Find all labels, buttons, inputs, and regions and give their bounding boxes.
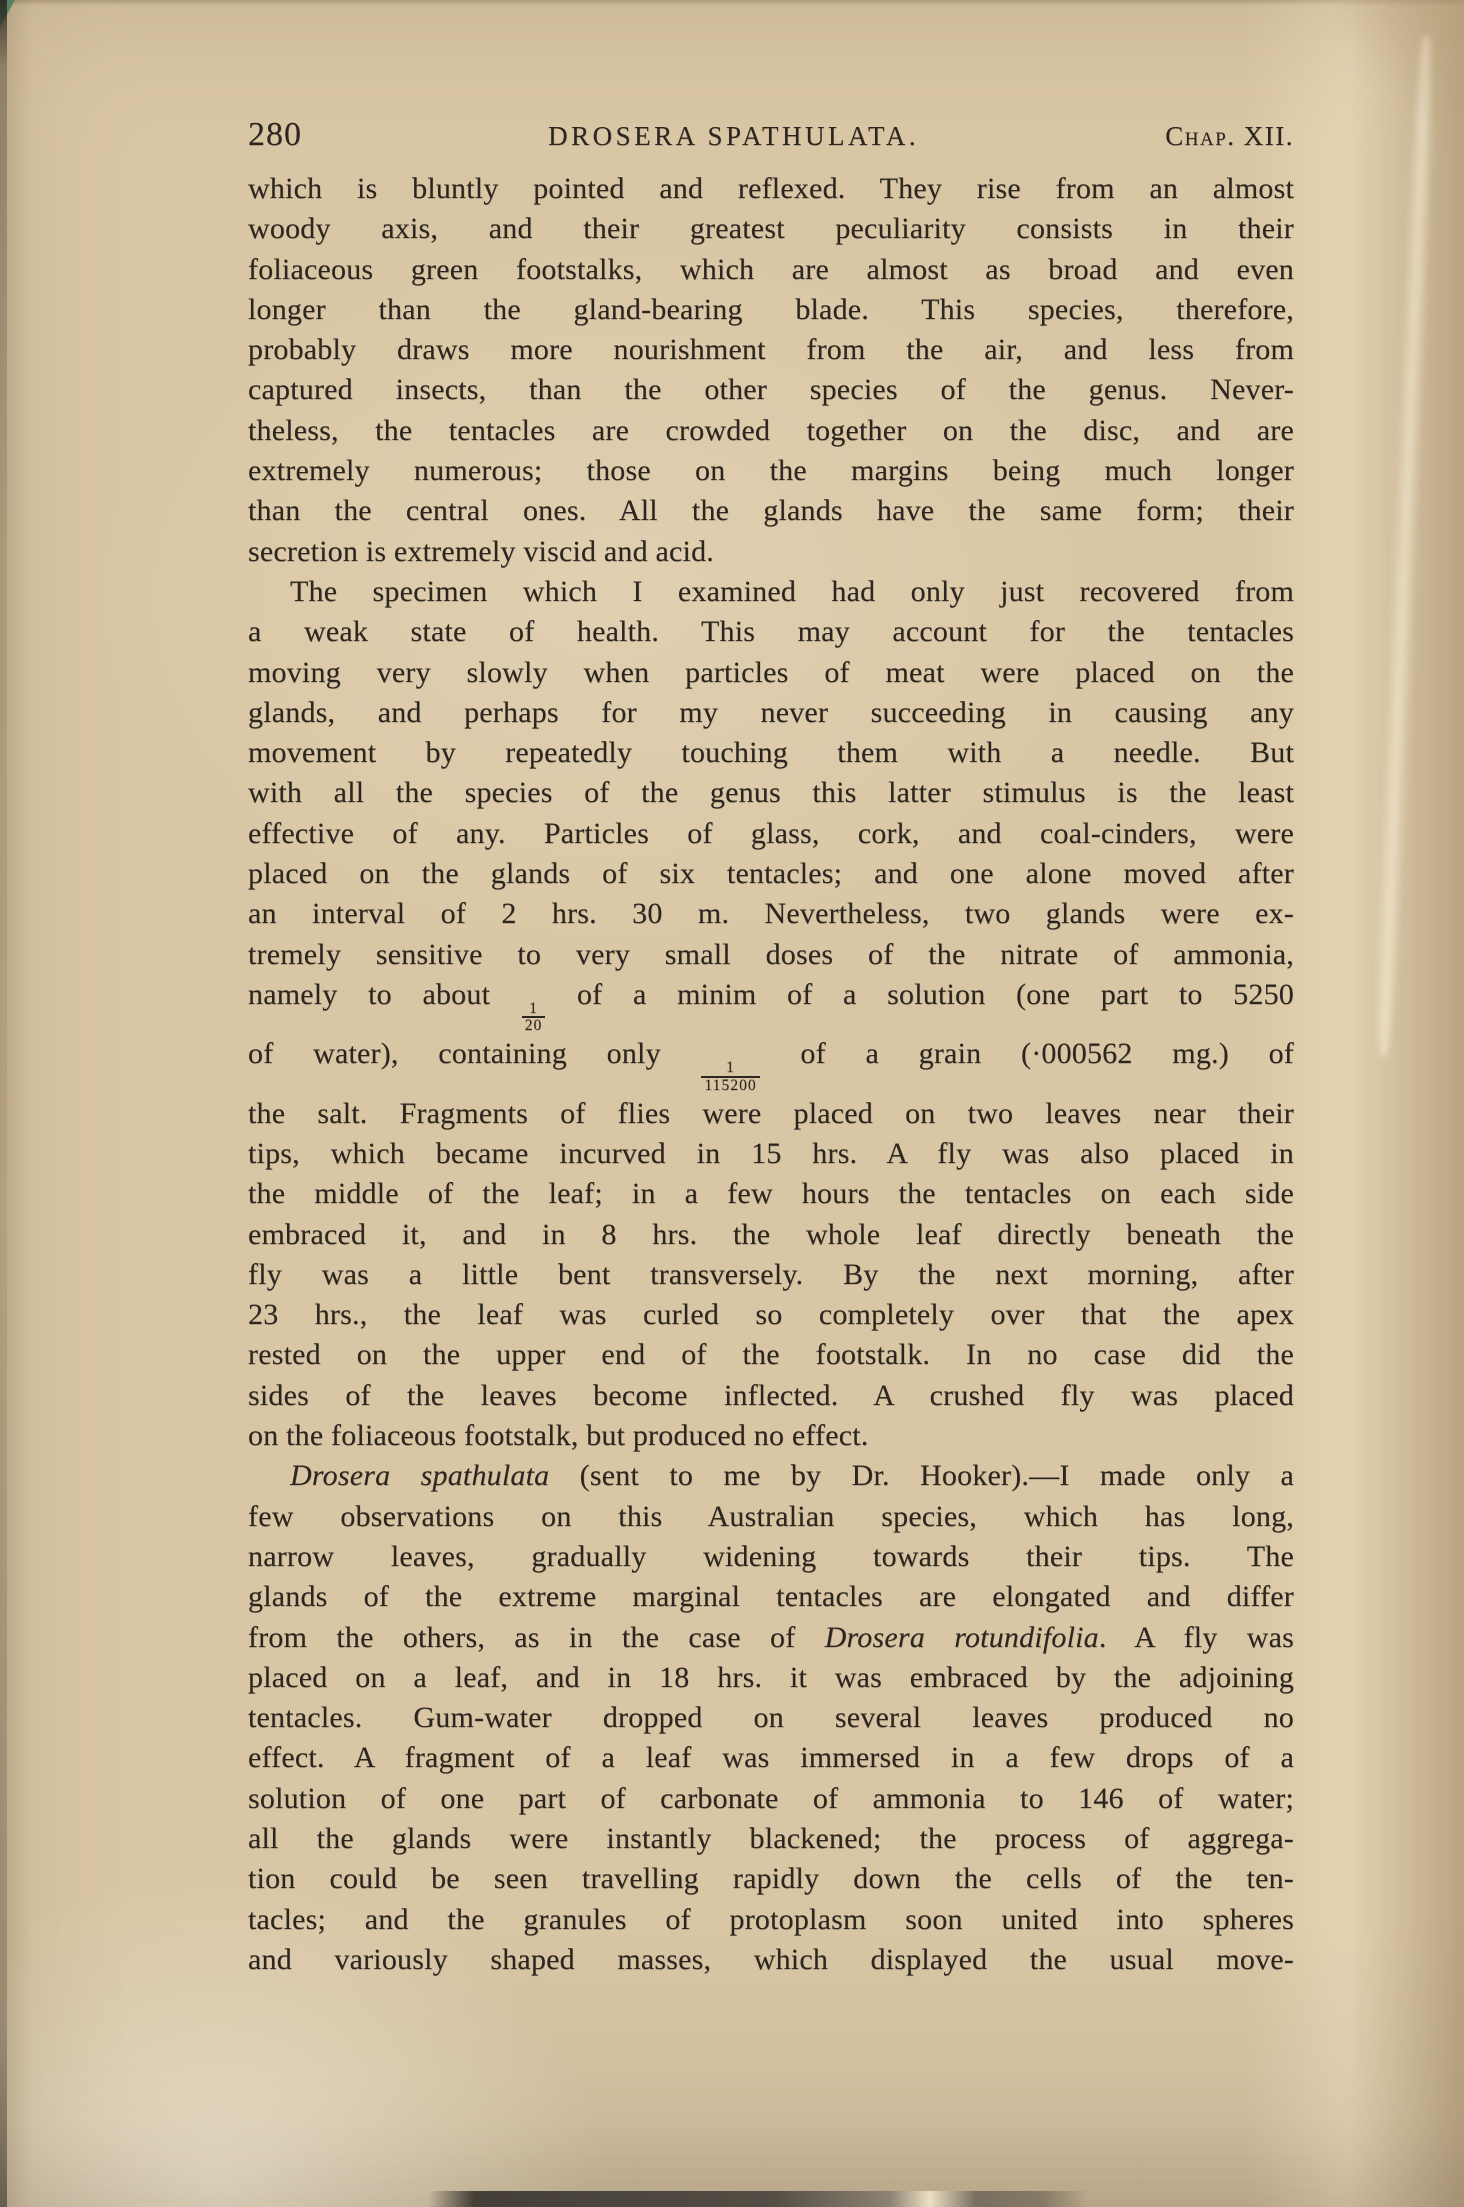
text-segment: tremely sensitive to very small doses of… bbox=[248, 938, 1294, 971]
text-segment: effective of any. Particles of glass, co… bbox=[248, 817, 1294, 850]
text-line: narrow leaves, gradually widening toward… bbox=[248, 1537, 1294, 1577]
text-segment: 23 hrs., the leaf was curled so complete… bbox=[248, 1298, 1294, 1331]
text-line: the salt. Fragments of flies were placed… bbox=[248, 1094, 1294, 1134]
text-line: few observations on this Australian spec… bbox=[248, 1497, 1294, 1537]
text-line: solution of one part of carbonate of amm… bbox=[248, 1779, 1294, 1819]
paragraph: which is bluntly pointed and reflexed. T… bbox=[248, 169, 1294, 572]
text-segment: tion could be seen travelling rapidly do… bbox=[248, 1862, 1294, 1895]
text-segment: movement by repeatedly touching them wit… bbox=[248, 736, 1294, 769]
text-line: and variously shaped masses, which displ… bbox=[248, 1940, 1294, 1980]
text-line: tion could be seen travelling rapidly do… bbox=[248, 1859, 1294, 1899]
top-right-fold-shading bbox=[1334, 0, 1464, 170]
text-line: namely to about 120 of a minim of a solu… bbox=[248, 975, 1294, 1034]
paragraph: The specimen which I examined had only j… bbox=[248, 572, 1294, 1456]
text-segment: and variously shaped masses, which displ… bbox=[248, 1943, 1294, 1976]
paragraph: Drosera spathulata (sent to me by Dr. Ho… bbox=[248, 1456, 1294, 1980]
text-segment: extremely numerous; those on the margins… bbox=[248, 454, 1294, 487]
text-line: theless, the tentacles are crowded toget… bbox=[248, 411, 1294, 451]
text-line: tentacles. Gum-water dropped on several … bbox=[248, 1698, 1294, 1738]
running-title: DROSERA SPATHULATA. bbox=[302, 121, 1165, 152]
text-line: Drosera spathulata (sent to me by Dr. Ho… bbox=[248, 1456, 1294, 1496]
text-line: probably draws more nourishment from the… bbox=[248, 330, 1294, 370]
text-line: all the glands were instantly blackened;… bbox=[248, 1819, 1294, 1859]
text-line: with all the species of the genus this l… bbox=[248, 773, 1294, 813]
text-segment: solution of one part of carbonate of amm… bbox=[248, 1782, 1294, 1815]
text-segment: a weak state of health. This may account… bbox=[248, 615, 1294, 648]
text-segment: few observations on this Australian spec… bbox=[248, 1500, 1294, 1533]
page-header: 280 DROSERA SPATHULATA. Chap. XII. bbox=[248, 116, 1294, 154]
text-line: rested on the upper end of the footstalk… bbox=[248, 1335, 1294, 1375]
text-line: effect. A fragment of a leaf was immerse… bbox=[248, 1738, 1294, 1778]
text-segment: effect. A fragment of a leaf was immerse… bbox=[248, 1741, 1294, 1774]
text-segment: (sent to me by Dr. Hooker).—I made only … bbox=[549, 1459, 1294, 1492]
text-segment: an interval of 2 hrs. 30 m. Nevertheless… bbox=[248, 897, 1294, 930]
text-line: The specimen which I examined had only j… bbox=[248, 572, 1294, 612]
text-line: which is bluntly pointed and reflexed. T… bbox=[248, 169, 1294, 209]
text-segment: narrow leaves, gradually widening toward… bbox=[248, 1540, 1294, 1573]
text-segment: sides of the leaves become inflected. A … bbox=[248, 1379, 1294, 1412]
text-line: than the central ones. All the glands ha… bbox=[248, 491, 1294, 531]
text-segment: of a grain (·000562 mg.) of bbox=[761, 1037, 1294, 1070]
text-segment: with all the species of the genus this l… bbox=[248, 776, 1294, 809]
text-segment: glands of the extreme marginal tentacles… bbox=[248, 1580, 1294, 1613]
text-segment: The specimen which I examined had only j… bbox=[290, 575, 1294, 608]
text-segment: placed on a leaf, and in 18 hrs. it was … bbox=[248, 1661, 1294, 1694]
text-line: moving very slowly when particles of mea… bbox=[248, 653, 1294, 693]
text-segment: placed on the glands of six tentacles; a… bbox=[248, 857, 1294, 890]
text-line: a weak state of health. This may account… bbox=[248, 612, 1294, 652]
text-line: captured insects, than the other species… bbox=[248, 370, 1294, 410]
text-segment: which is bluntly pointed and reflexed. T… bbox=[248, 172, 1294, 205]
text-segment: the middle of the leaf; in a few hours t… bbox=[248, 1177, 1294, 1210]
text-segment: rested on the upper end of the footstalk… bbox=[248, 1338, 1294, 1371]
text-line: longer than the gland-bearing blade. Thi… bbox=[248, 290, 1294, 330]
book-page: 280 DROSERA SPATHULATA. Chap. XII. which… bbox=[0, 0, 1464, 2207]
text-segment: embraced it, and in 8 hrs. the whole lea… bbox=[248, 1218, 1294, 1251]
text-line: tips, which became incurved in 15 hrs. A… bbox=[248, 1134, 1294, 1174]
text-segment: tentacles. Gum-water dropped on several … bbox=[248, 1701, 1294, 1734]
left-edge-shadow bbox=[0, 0, 7, 2207]
text-line: foliaceous green footstalks, which are a… bbox=[248, 250, 1294, 290]
text-line: sides of the leaves become inflected. A … bbox=[248, 1376, 1294, 1416]
chapter-label: Chap. XII. bbox=[1165, 121, 1294, 152]
text-line: glands of the extreme marginal tentacles… bbox=[248, 1577, 1294, 1617]
text-segment: tacles; and the granules of protoplasm s… bbox=[248, 1903, 1294, 1936]
italic-species-name: Drosera spathulata bbox=[290, 1459, 549, 1492]
text-line: movement by repeatedly touching them wit… bbox=[248, 733, 1294, 773]
text-segment: . A fly was bbox=[1099, 1621, 1294, 1654]
text-line: glands, and perhaps for my never succeed… bbox=[248, 693, 1294, 733]
page-crease-highlight bbox=[1371, 36, 1440, 1056]
text-segment: all the glands were instantly blackened;… bbox=[248, 1822, 1294, 1855]
page-body: which is bluntly pointed and reflexed. T… bbox=[248, 169, 1294, 1980]
text-line: of water), containing only 1115200 of a … bbox=[248, 1034, 1294, 1093]
text-line: placed on a leaf, and in 18 hrs. it was … bbox=[248, 1658, 1294, 1698]
text-line: extremely numerous; those on the margins… bbox=[248, 451, 1294, 491]
text-segment: on the foliaceous footstalk, but produce… bbox=[248, 1419, 869, 1452]
page-number: 280 bbox=[248, 116, 302, 154]
text-segment: from the others, as in the case of bbox=[248, 1621, 825, 1654]
bottom-edge-shadow bbox=[428, 2191, 1088, 2207]
text-line: tacles; and the granules of protoplasm s… bbox=[248, 1900, 1294, 1940]
text-line: from the others, as in the case of Drose… bbox=[248, 1618, 1294, 1658]
text-segment: captured insects, than the other species… bbox=[248, 373, 1294, 406]
text-line: woody axis, and their greatest peculiari… bbox=[248, 209, 1294, 249]
text-line: the middle of the leaf; in a few hours t… bbox=[248, 1174, 1294, 1214]
fraction: 1115200 bbox=[700, 1060, 760, 1094]
text-segment: glands, and perhaps for my never succeed… bbox=[248, 696, 1294, 729]
text-segment: the salt. Fragments of flies were placed… bbox=[248, 1097, 1294, 1130]
text-line: on the foliaceous footstalk, but produce… bbox=[248, 1416, 1294, 1456]
text-segment: of a minim of a solution (one part to 52… bbox=[546, 978, 1294, 1011]
text-line: embraced it, and in 8 hrs. the whole lea… bbox=[248, 1215, 1294, 1255]
text-segment: moving very slowly when particles of mea… bbox=[248, 656, 1294, 689]
text-segment: fly was a little bent transversely. By t… bbox=[248, 1258, 1294, 1291]
italic-species-name: Drosera rotundifolia bbox=[825, 1621, 1099, 1654]
text-segment: theless, the tentacles are crowded toget… bbox=[248, 414, 1294, 447]
text-segment: of water), containing only bbox=[248, 1037, 700, 1070]
text-segment: longer than the gland-bearing blade. Thi… bbox=[248, 293, 1294, 326]
text-segment: foliaceous green footstalks, which are a… bbox=[248, 253, 1294, 286]
text-segment: tips, which became incurved in 15 hrs. A… bbox=[248, 1137, 1294, 1170]
text-segment: secretion is extremely viscid and acid. bbox=[248, 535, 714, 568]
text-segment: than the central ones. All the glands ha… bbox=[248, 494, 1294, 527]
text-segment: woody axis, and their greatest peculiari… bbox=[248, 212, 1294, 245]
fraction: 120 bbox=[521, 1001, 547, 1035]
text-line: tremely sensitive to very small doses of… bbox=[248, 935, 1294, 975]
text-line: an interval of 2 hrs. 30 m. Nevertheless… bbox=[248, 894, 1294, 934]
text-segment: probably draws more nourishment from the… bbox=[248, 333, 1294, 366]
text-line: 23 hrs., the leaf was curled so complete… bbox=[248, 1295, 1294, 1335]
text-line: effective of any. Particles of glass, co… bbox=[248, 814, 1294, 854]
text-line: fly was a little bent transversely. By t… bbox=[248, 1255, 1294, 1295]
text-segment: namely to about bbox=[248, 978, 521, 1011]
text-line: placed on the glands of six tentacles; a… bbox=[248, 854, 1294, 894]
text-line: secretion is extremely viscid and acid. bbox=[248, 532, 1294, 572]
